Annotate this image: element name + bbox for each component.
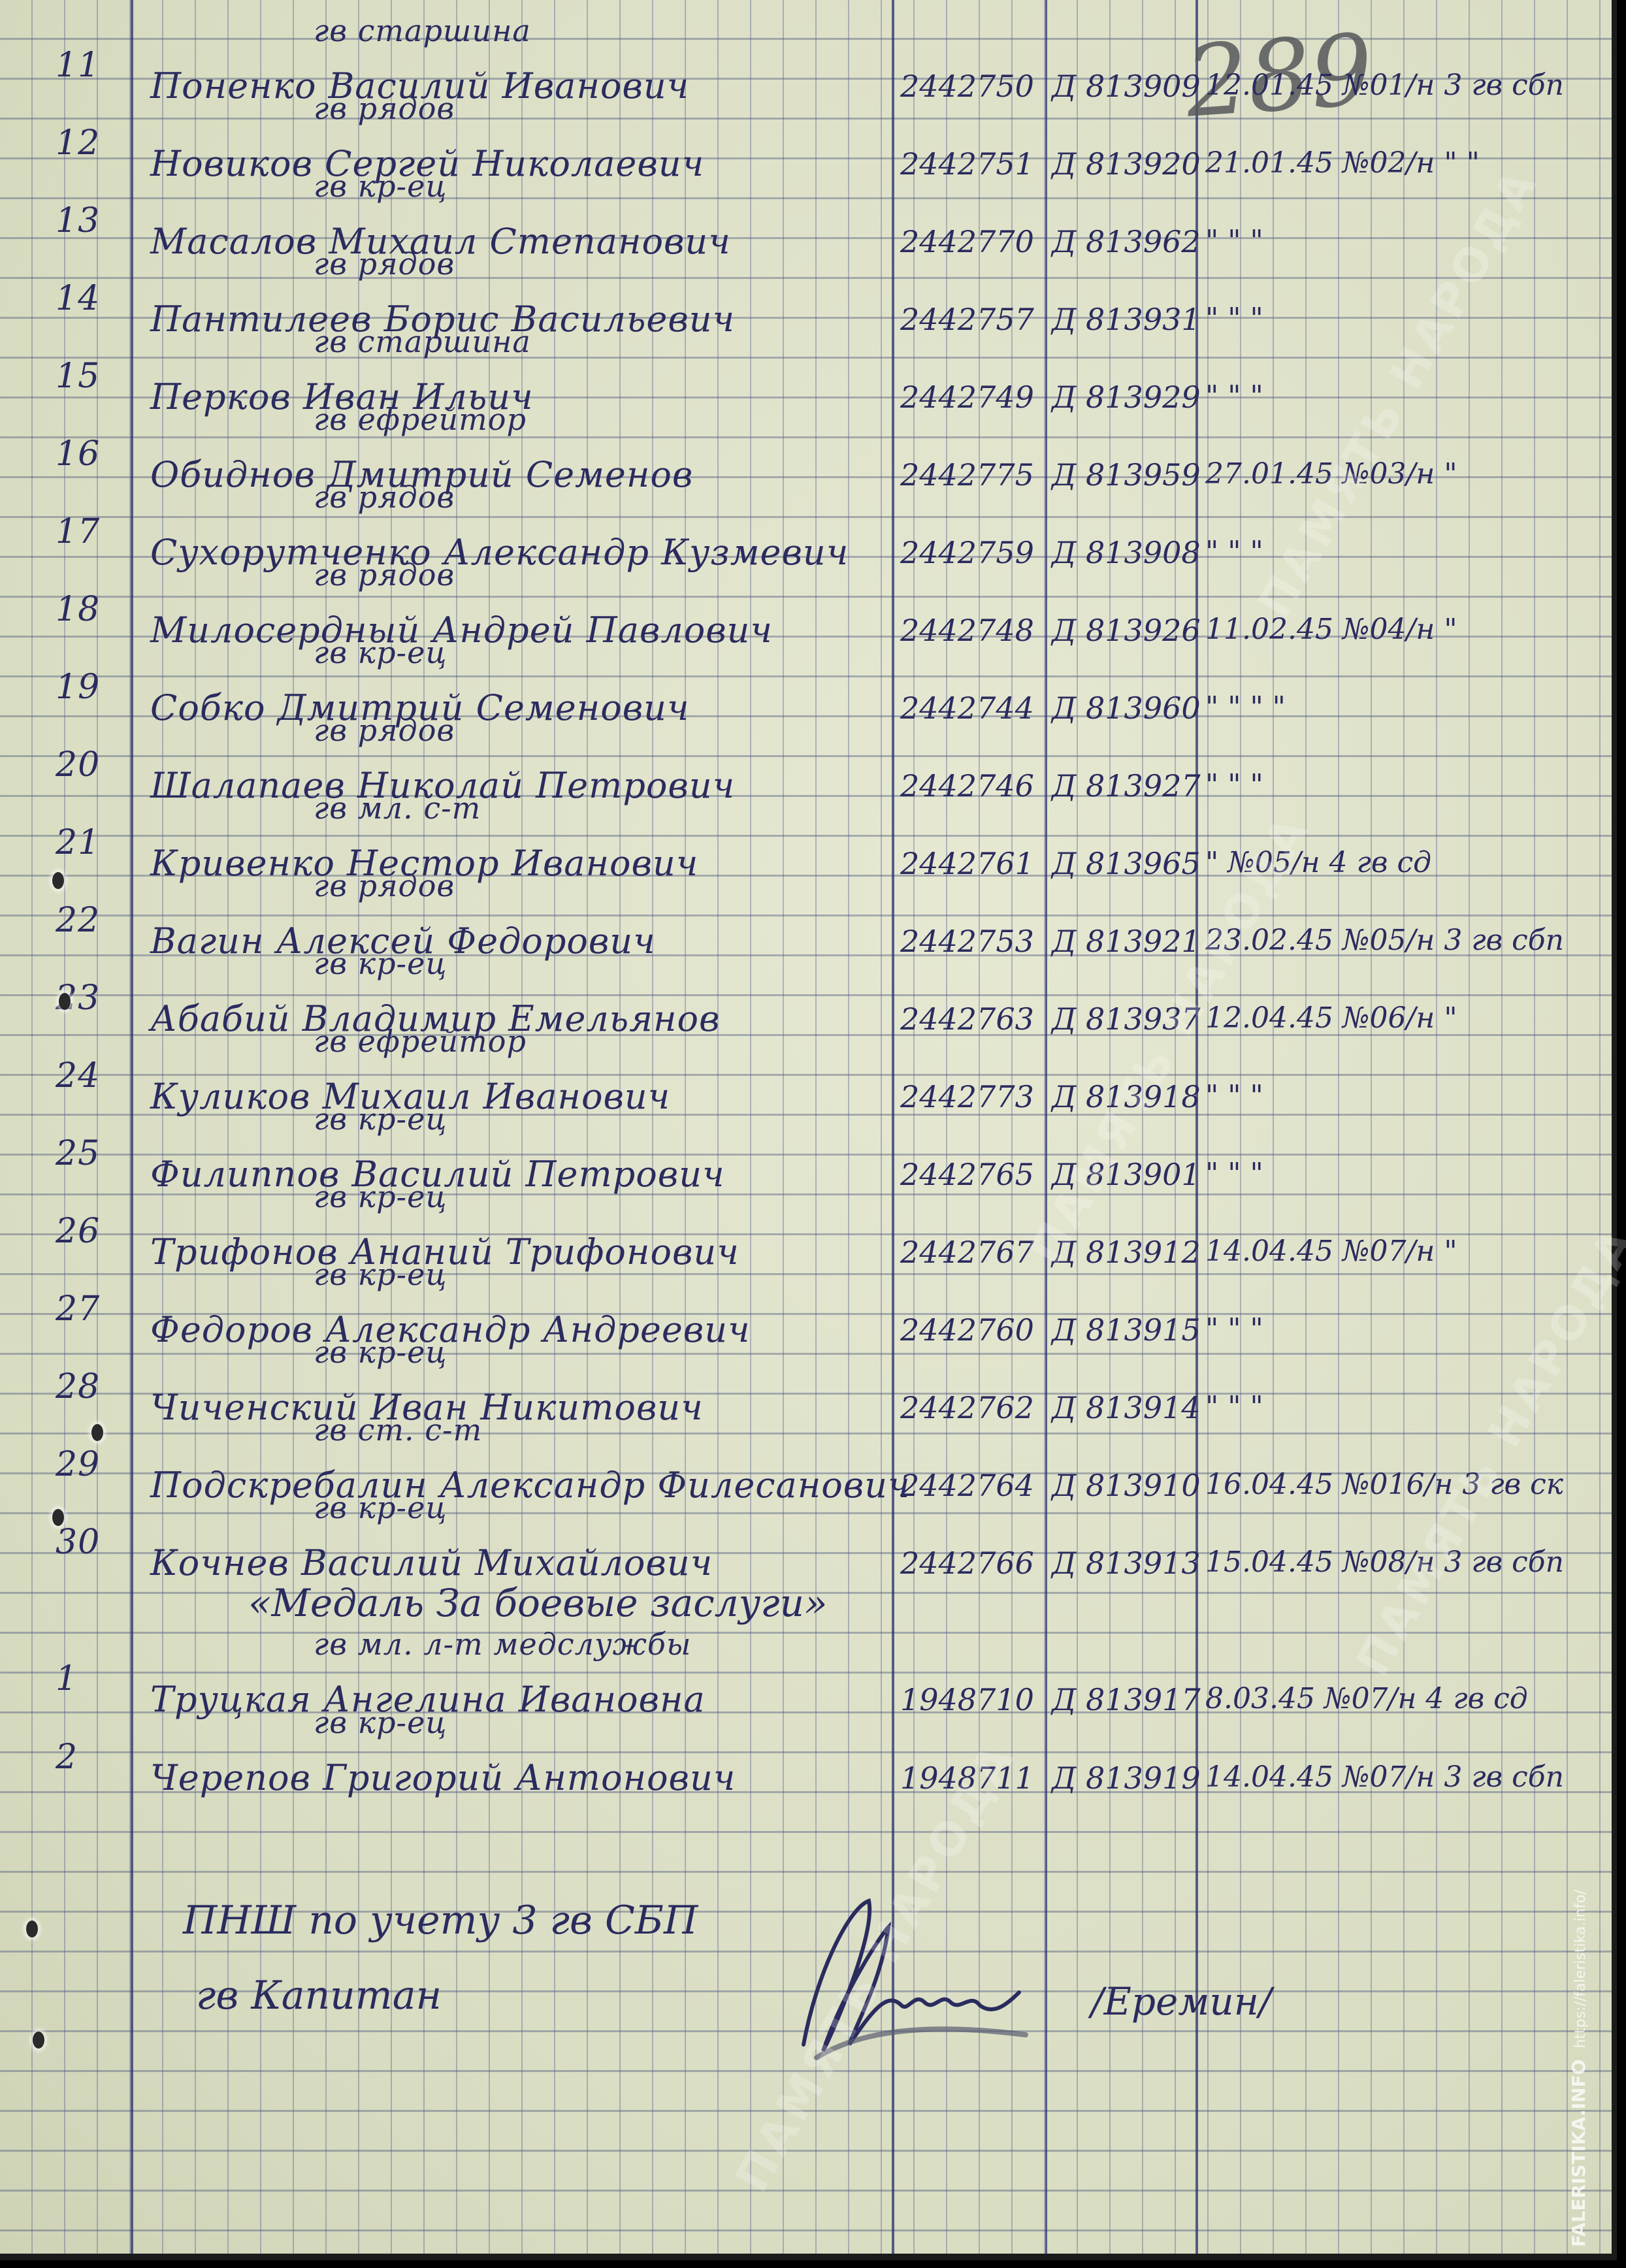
- entry-number: 29: [56, 1445, 100, 1484]
- entry-rank: гв кр-ец: [314, 1179, 447, 1214]
- entry-number: 13: [56, 201, 100, 240]
- entry-medal-number: Д 813960: [1052, 690, 1201, 726]
- entry-rank: гв ефрейтор: [314, 1024, 527, 1059]
- section-title-medal-combat-merit: «Медаль За боевые заслуги»: [248, 1581, 827, 1625]
- entry-name: Милосердный Андрей Павлович: [150, 609, 773, 651]
- entry-number: 26: [56, 1212, 100, 1251]
- entry-order-reference: 21.01.45 №02/н " ": [1205, 146, 1480, 180]
- entry-award-book-number: 2442773: [900, 1079, 1034, 1114]
- entry-medal-number: Д 813926: [1052, 613, 1201, 648]
- entry-medal-number: Д 813962: [1052, 224, 1201, 259]
- entry-order-reference: " " ": [1205, 302, 1263, 335]
- entry-order-reference: " " ": [1205, 1390, 1263, 1423]
- entry-number: 25: [56, 1134, 100, 1173]
- entry-medal-number: Д 813929: [1052, 380, 1201, 415]
- entry-medal-number: Д 813931: [1052, 302, 1201, 337]
- entry-medal-number: Д 813910: [1052, 1468, 1201, 1503]
- entry-name: Кочнев Василий Михайлович: [150, 1542, 713, 1583]
- punch-hole: [26, 1920, 38, 1937]
- entry-award-book-number: 2442762: [900, 1390, 1034, 1425]
- entry-medal-number: Д 813915: [1052, 1312, 1201, 1348]
- signature-rank: гв Капитан: [196, 1973, 442, 2018]
- entry-medal-number: Д 813921: [1052, 924, 1201, 959]
- entry-number: 30: [56, 1523, 100, 1562]
- punch-hole: [52, 872, 64, 889]
- entry-rank: гв кр-ец: [314, 635, 447, 670]
- signature-position: ПНШ по учету 3 гв СБП: [183, 1898, 698, 1943]
- entry-award-book-number: 2442751: [900, 146, 1034, 182]
- entry-medal-number: Д 813919: [1052, 1760, 1201, 1796]
- entry-name: Черепов Григорий Антонович: [150, 1757, 736, 1798]
- watermark-text: ПАМЯТЬ НАРОДА: [1247, 159, 1548, 626]
- entry-name: Сухорутченко Александр Кузмевич: [150, 532, 849, 573]
- entry-rank: гв кр-ец: [314, 1335, 447, 1370]
- entry-number: 2: [56, 1738, 78, 1777]
- entry-medal-number: Д 813927: [1052, 768, 1201, 803]
- entry-order-reference: " " ": [1205, 1079, 1263, 1112]
- entry-number: 11: [56, 46, 100, 85]
- entry-order-reference: " " " ": [1205, 690, 1286, 724]
- entry-rank: гв старшина: [314, 13, 531, 48]
- entry-award-book-number: 2442767: [900, 1235, 1034, 1270]
- entry-order-reference: " " ": [1205, 380, 1263, 413]
- punch-hole: [33, 2032, 44, 2049]
- source-watermark: FALERISTIKA.INFO https://faleristika.inf…: [1568, 1890, 1589, 2247]
- entry-medal-number: Д 813913: [1052, 1546, 1201, 1581]
- entry-number: 27: [56, 1289, 100, 1329]
- entry-award-book-number: 2442760: [900, 1312, 1034, 1348]
- entry-award-book-number: 2442770: [900, 224, 1034, 259]
- entry-number: 17: [56, 512, 100, 551]
- entry-number: 24: [56, 1056, 100, 1095]
- entry-order-reference: 14.04.45 №07/н 3 гв сбп: [1205, 1760, 1564, 1794]
- entry-number: 16: [56, 434, 100, 474]
- entry-order-reference: 12.01.45 №01/н 3 гв сбп: [1205, 69, 1564, 102]
- entry-number: 14: [56, 279, 100, 318]
- entry-rank: гв ст. с-т: [314, 1412, 482, 1448]
- entry-rank: гв мл. л-т медслужбы: [314, 1627, 691, 1662]
- entry-rank: гв кр-ец: [314, 1490, 447, 1525]
- entry-name: Федоров Александр Андреевич: [150, 1309, 751, 1350]
- entry-rank: гв рядов: [314, 713, 455, 748]
- entry-rank: гв кр-ец: [314, 1257, 447, 1292]
- entry-medal-number: Д 813917: [1052, 1682, 1201, 1717]
- entry-award-book-number: 2442761: [900, 846, 1034, 881]
- entry-rank: гв кр-ец: [314, 1705, 447, 1740]
- entry-award-book-number: 2442750: [900, 69, 1034, 104]
- entry-rank: гв рядов: [314, 91, 455, 126]
- entry-order-reference: " " ": [1205, 1312, 1263, 1346]
- punch-hole: [59, 993, 71, 1010]
- entry-number: 22: [56, 901, 100, 940]
- entry-award-book-number: 2442748: [900, 613, 1034, 648]
- entry-order-reference: 15.04.45 №08/н 3 гв сбп: [1205, 1546, 1564, 1579]
- entry-order-reference: 8.03.45 №07/н 4 гв сд: [1205, 1682, 1528, 1715]
- entry-number: 15: [56, 357, 100, 396]
- entry-rank: гв мл. с-т: [314, 790, 481, 826]
- entry-order-reference: 12.04.45 №06/н ": [1205, 1001, 1457, 1035]
- entry-medal-number: Д 813959: [1052, 457, 1201, 493]
- watermark-text: ПАМЯТЬ НАРОДА: [1345, 1217, 1626, 1685]
- entry-order-reference: " " ": [1205, 768, 1263, 802]
- entry-award-book-number: 2442763: [900, 1001, 1034, 1037]
- punch-hole: [52, 1509, 64, 1526]
- entry-award-book-number: 2442759: [900, 535, 1034, 570]
- entry-order-reference: " " ": [1205, 224, 1263, 257]
- entry-order-reference: 14.04.45 №07/н ": [1205, 1235, 1457, 1268]
- document-sheet: 289 11гв старшинаПоненко Василий Иванови…: [0, 0, 1617, 2260]
- column-rule-order: [1195, 0, 1198, 2254]
- entry-medal-number: Д 813965: [1052, 846, 1201, 881]
- entry-award-book-number: 2442775: [900, 457, 1034, 493]
- entry-rank: гв кр-ец: [314, 946, 447, 981]
- entry-rank: гв рядов: [314, 868, 455, 903]
- punch-hole: [91, 1424, 103, 1441]
- entry-award-book-number: 2442753: [900, 924, 1034, 959]
- entry-award-book-number: 2442744: [900, 690, 1034, 726]
- entry-number: 12: [56, 123, 100, 163]
- entry-rank: гв рядов: [314, 479, 455, 515]
- entry-number: 18: [56, 590, 100, 629]
- entry-number: 19: [56, 668, 100, 707]
- entry-award-book-number: 2442746: [900, 768, 1034, 803]
- entry-number: 21: [56, 823, 100, 862]
- entry-medal-number: Д 813908: [1052, 535, 1201, 570]
- entry-order-reference: " " ": [1205, 1157, 1263, 1190]
- entry-number: 28: [56, 1367, 100, 1406]
- entry-number: 1: [56, 1659, 78, 1698]
- entry-award-book-number: 1948710: [900, 1682, 1034, 1717]
- entry-name: Подскребалин Александр Филесанович: [150, 1465, 911, 1506]
- entry-award-book-number: 2442765: [900, 1157, 1034, 1192]
- entry-award-book-number: 2442766: [900, 1546, 1034, 1581]
- entry-rank: гв ефрейтор: [314, 402, 527, 437]
- entry-award-book-number: 2442757: [900, 302, 1034, 337]
- entry-rank: гв рядов: [314, 246, 455, 282]
- column-rule-number: [131, 0, 133, 2254]
- entry-rank: гв кр-ец: [314, 169, 447, 204]
- entry-medal-number: Д 813909: [1052, 69, 1201, 104]
- signer-name: /Еремин/: [1091, 1979, 1272, 2024]
- entry-award-book-number: 2442749: [900, 380, 1034, 415]
- entry-order-reference: 11.02.45 №04/н ": [1205, 613, 1457, 646]
- entry-rank: гв старшина: [314, 324, 531, 359]
- entry-number: 20: [56, 745, 100, 785]
- entry-order-reference: " " ": [1205, 535, 1263, 568]
- entry-medal-number: Д 813914: [1052, 1390, 1201, 1425]
- entry-medal-number: Д 813920: [1052, 146, 1201, 182]
- entry-rank: гв кр-ец: [314, 1101, 447, 1137]
- entry-award-book-number: 2442764: [900, 1468, 1034, 1503]
- entry-rank: гв рядов: [314, 557, 455, 592]
